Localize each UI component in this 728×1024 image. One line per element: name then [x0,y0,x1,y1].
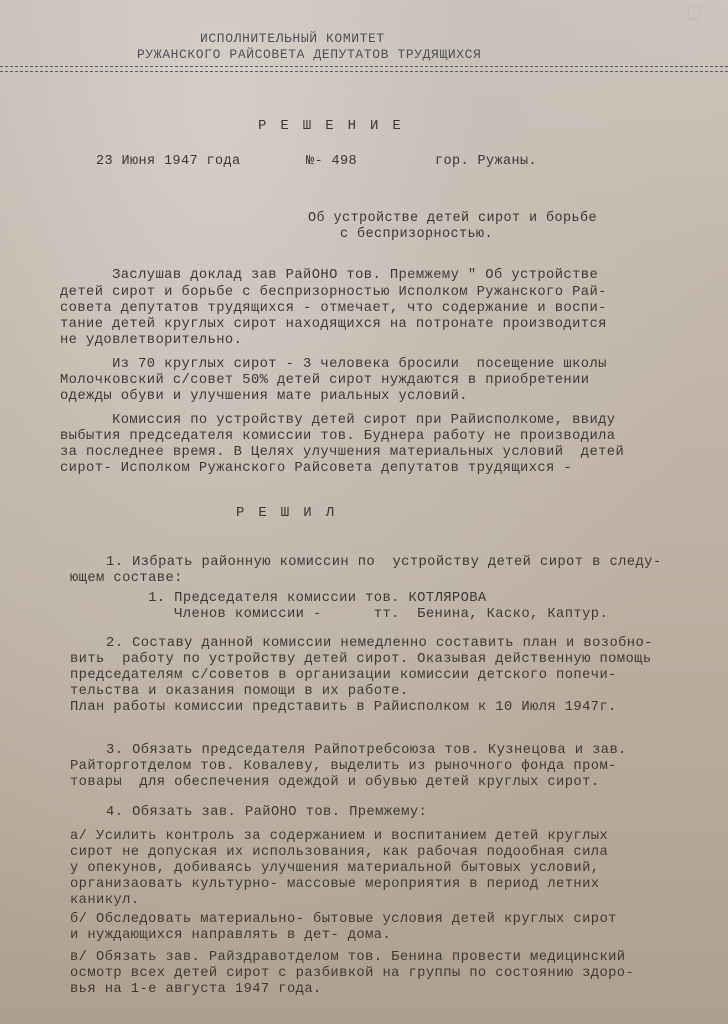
decision-line: и нуждающихся направлять в дет- дома. [70,928,391,943]
page-corner-mark [688,6,700,20]
subject-line-2: с беспризорностью. [340,227,493,242]
resolved-heading: РЕШИЛ [236,505,348,521]
preamble-line: сирот- Исполком Ружанского Райсовета деп… [60,461,572,476]
decision-line: тельства и оказания помощи в их работе. [70,684,409,699]
document-title: РЕШЕНИЕ [258,118,415,134]
decision-line: 3. Обязать председателя Райпотребсоюза т… [80,743,627,758]
decision-line: ющем составе: [70,571,183,586]
preamble-line: детей сирот и борьбе с беспризорностью И… [60,285,607,300]
preamble-line: выбытия председателя комиссии тов. Будне… [60,429,616,444]
decision-line: сирот не допуская их использования, как … [70,845,608,860]
decision-line: вья на 1-е августа 1947 года. [70,982,322,997]
preamble-line: не удовлетворительно. [60,333,242,348]
header-line-2: РУЖАНСКОГО РАЙСОВЕТА ДЕПУТАТОВ ТРУДЯЩИХС… [137,47,481,62]
subject-line-1: Об устройстве детей сирот и борьбе [308,211,597,226]
decision-line: вить работу по устройству детей сирот. О… [70,652,652,667]
preamble-line: Комиссия по устройству детей сирот при Р… [60,413,616,428]
decision-line: План работы комиссии представить в Райис… [70,700,617,715]
decision-line: Райторготделом тов. Ковалеву, выделить и… [70,759,617,774]
decision-line: 1. Председателя комиссии тов. КОТЛЯРОВА [70,591,487,606]
decision-line: 2. Составу данной комиссии немедленно со… [80,636,653,651]
decision-line: председателям с/советов в организации ко… [70,668,617,683]
decision-line: б/ Обследовать материально- бытовые усло… [70,912,617,927]
document-page: ИСПОЛНИТЕЛЬНЫЙ КОМИТЕТ РУЖАНСКОГО РАЙСОВ… [0,0,728,1024]
document-date: 23 Июня 1947 года [96,154,241,169]
decision-line: 4. Обязать зав. РайОНО тов. Премжему: [80,805,427,820]
preamble-line: совета депутатов трудящихся - отмечает, … [60,301,607,316]
header-divider [0,66,728,72]
preamble-line: Заслушав доклад зав РайОНО тов. Премжему… [60,268,598,283]
decision-line: у опекунов, добиваясь улучшения материал… [70,861,599,876]
preamble-line: одежды обуви и улучшения мате риальных у… [60,389,468,404]
decision-line: организаовать культурно- массовые меропр… [70,877,599,892]
preamble-line: за последнее время. В Целях улучшения ма… [60,445,624,460]
decision-line: осмотр всех детей сирот с разбивкой на г… [70,966,634,981]
document-number: №- 498 [306,154,357,169]
decision-line: 1. Избрать районную комиссин по устройст… [80,555,662,570]
decision-line: товары для обеспечения одеждой и обувью … [70,775,599,790]
preamble-line: Молочковский с/совет 50% детей сирот нуж… [60,373,589,388]
document-city: гор. Ружаны. [435,154,537,169]
decision-line: а/ Усилить контроль за содержанием и вос… [70,829,608,844]
header-line-1: ИСПОЛНИТЕЛЬНЫЙ КОМИТЕТ [200,31,385,46]
decision-line: в/ Обязать зав. Райздравотделом тов. Бен… [70,950,626,965]
decision-line: Членов комиссии - тт. Бенина, Каско, Кап… [70,607,608,622]
decision-line: каникул. [70,893,139,908]
preamble-line: Из 70 круглых сирот - 3 человека бросили… [60,357,607,372]
preamble-line: тание детей круглых сирот находящихся на… [60,317,607,332]
